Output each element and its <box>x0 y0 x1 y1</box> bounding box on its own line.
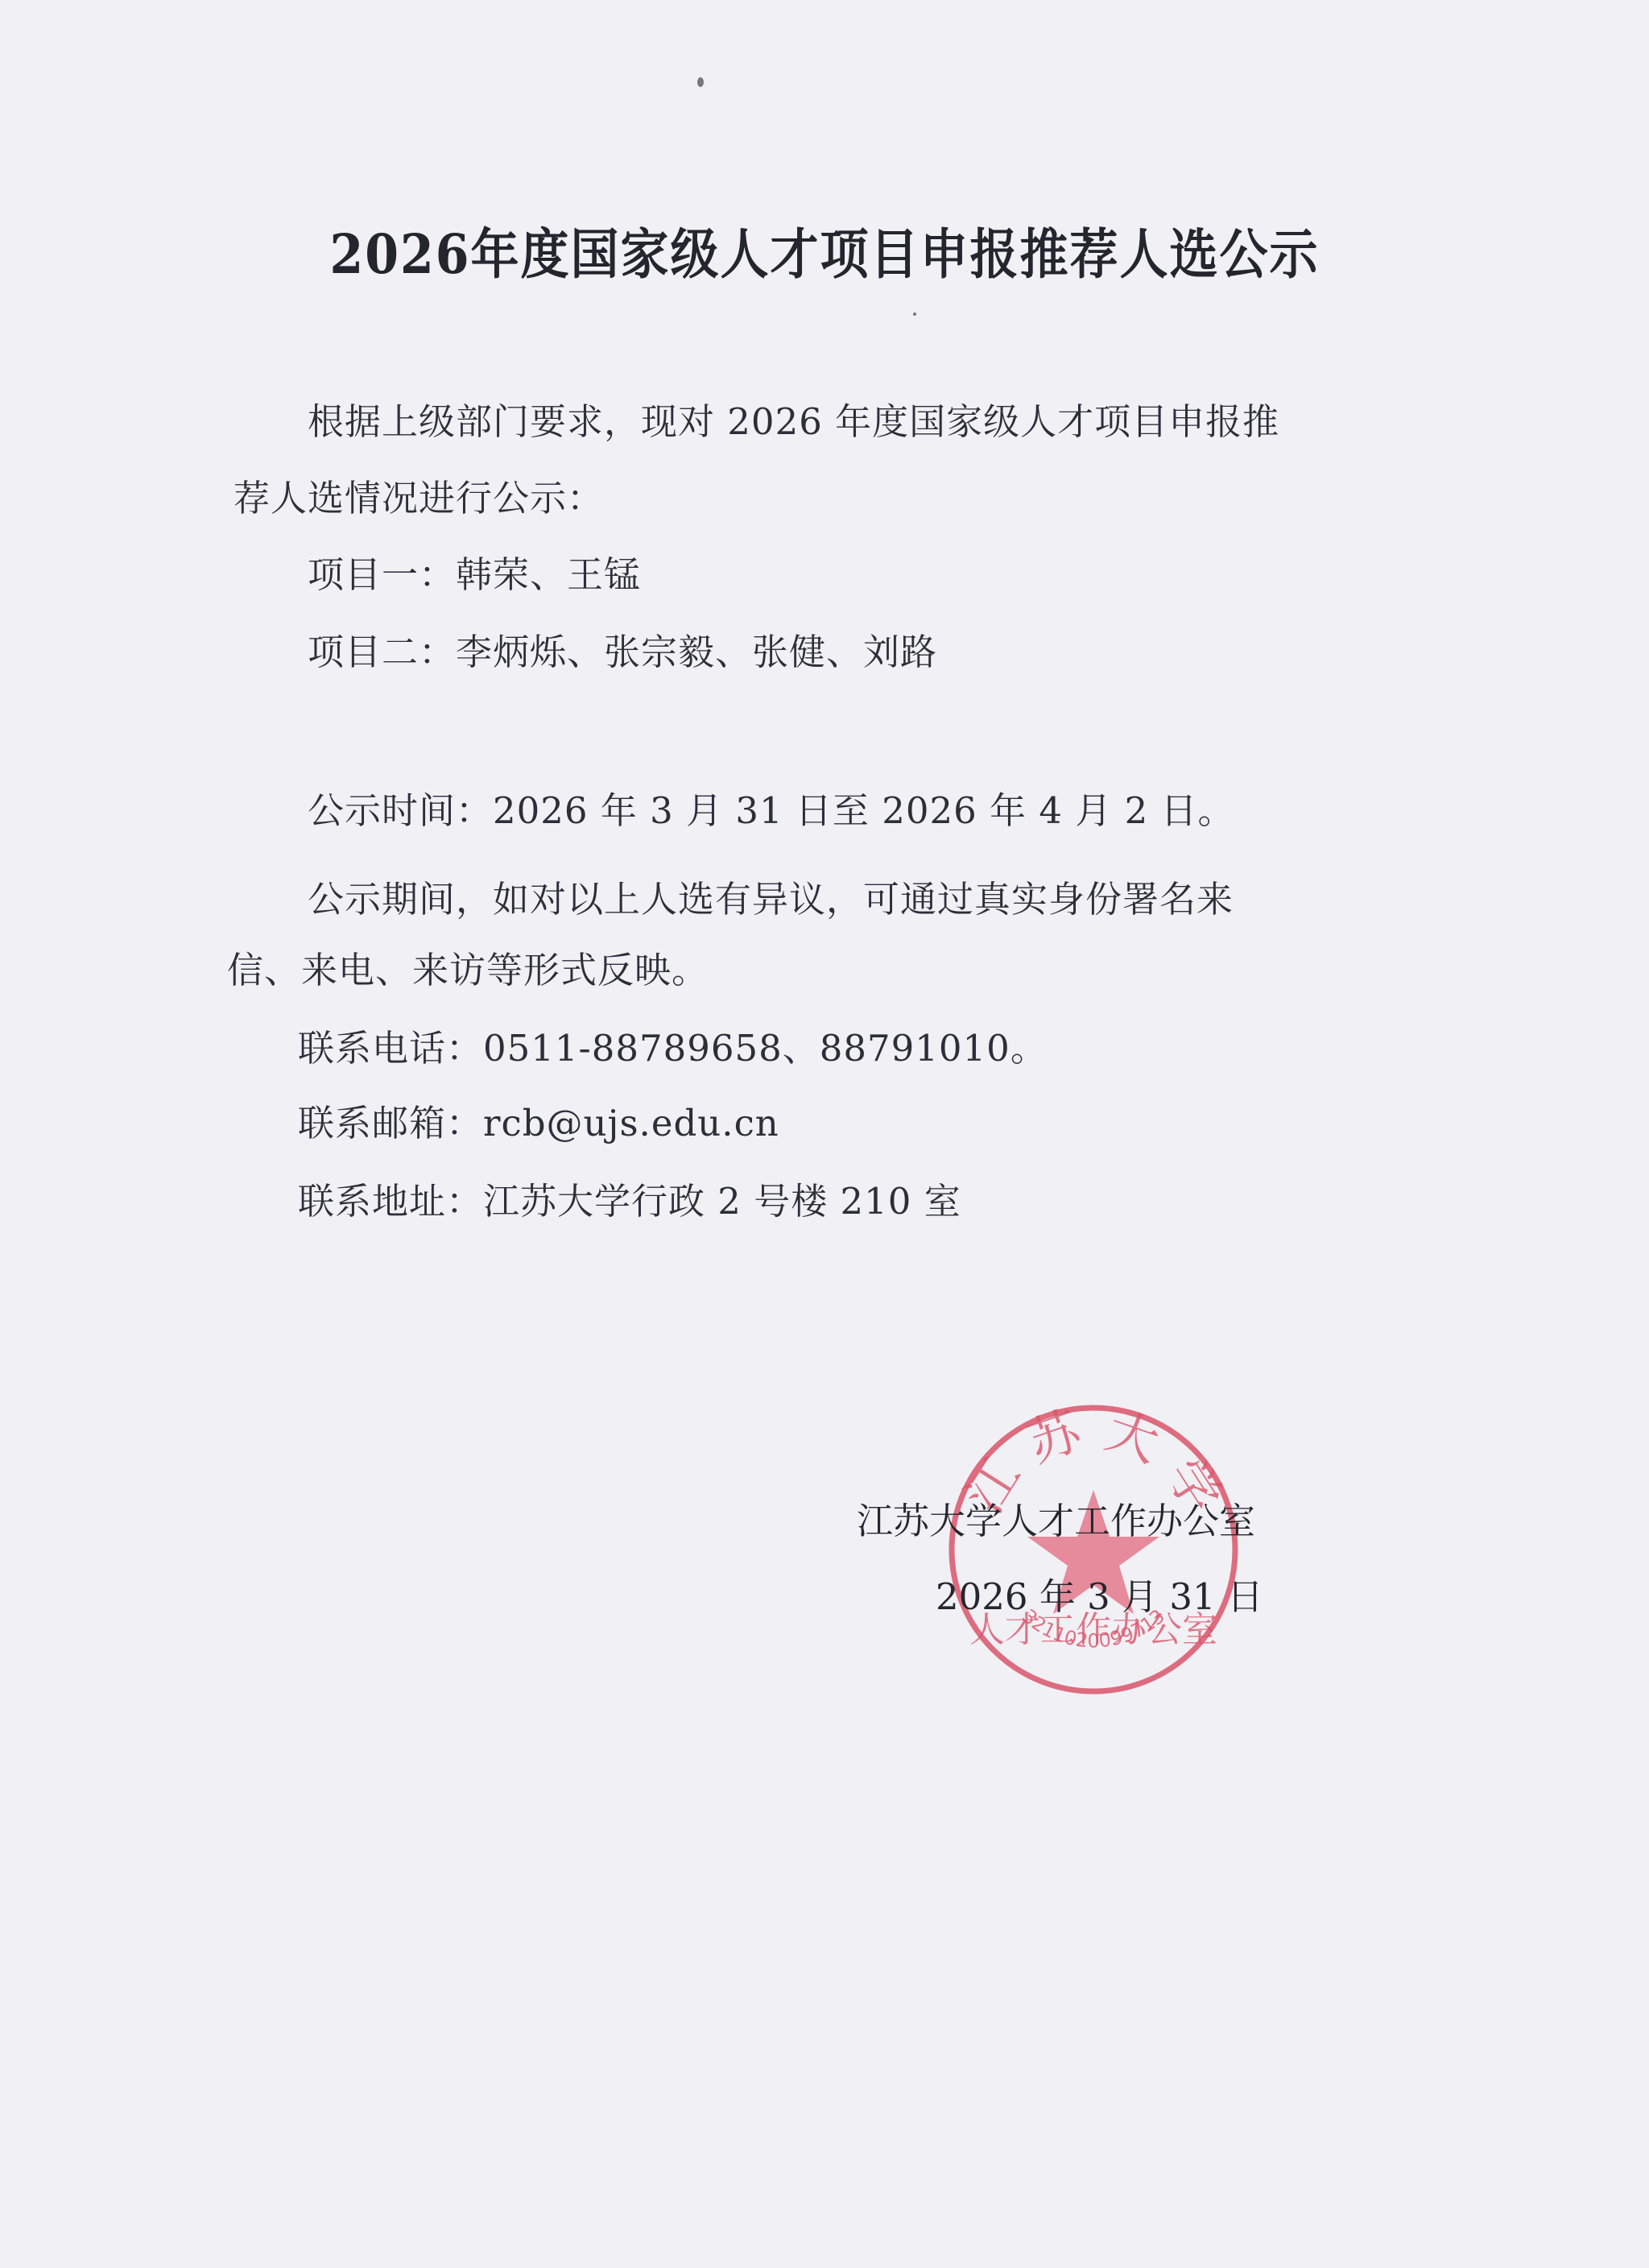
objection-line-2: 信、来电、来访等形式反映。 <box>227 941 709 993</box>
project-2-label: 项目二： <box>308 631 456 673</box>
document-page: 2026年度国家级人才项目申报推荐人选公示 根据上级部门要求，现对 2026 年… <box>0 0 1649 2268</box>
project-1-names: 韩荣、王锰 <box>456 553 641 596</box>
publicity-period: 公示时间：2026 年 3 月 31 日至 2026 年 4 月 2 日。 <box>308 781 1235 834</box>
document-title: 2026年度国家级人才项目申报推荐人选公示 <box>0 212 1649 289</box>
intro-line-1: 根据上级部门要求，现对 2026 年度国家级人才项目申报推 <box>308 392 1279 445</box>
intro-line-2: 荐人选情况进行公示： <box>234 469 604 521</box>
contact-email: 联系邮箱：rcb@ujs.edu.cn <box>298 1094 779 1146</box>
project-2-names: 李炳烁、张宗毅、张健、刘路 <box>456 631 937 673</box>
objection-line-1: 公示期间，如对以上人选有异议，可通过真实身份署名来 <box>308 870 1234 922</box>
contact-address: 联系地址：江苏大学行政 2 号楼 210 室 <box>298 1172 961 1224</box>
scan-speck <box>697 77 704 87</box>
official-seal-icon: 江 苏 大 学 人才工作办公室 3211020099713 <box>944 1400 1243 1699</box>
project-1: 项目一：韩荣、王锰 <box>308 545 641 598</box>
project-1-label: 项目一： <box>308 553 456 596</box>
signature-org: 江苏大学人才工作办公室 <box>857 1492 1255 1544</box>
scan-speck <box>913 312 916 316</box>
signature-date: 2026 年 3 月 31 日 <box>936 1567 1263 1620</box>
project-2: 项目二：李炳烁、张宗毅、张健、刘路 <box>308 623 937 675</box>
contact-phone: 联系电话：0511-88789658、88791010。 <box>298 1019 1048 1071</box>
